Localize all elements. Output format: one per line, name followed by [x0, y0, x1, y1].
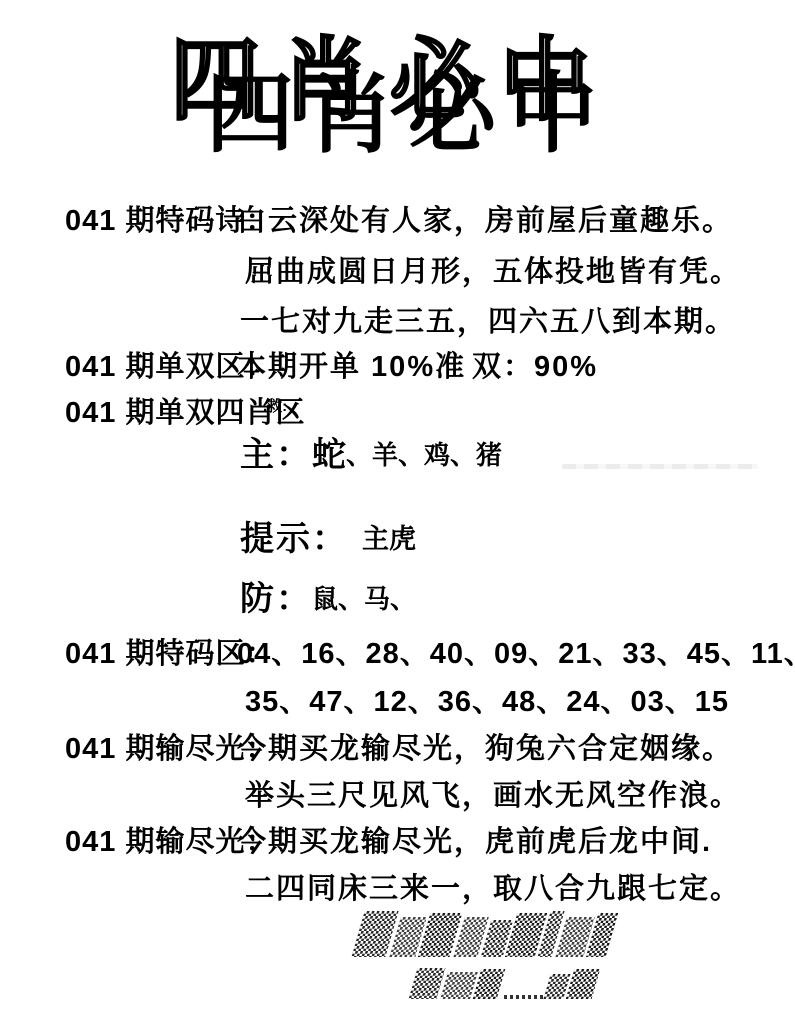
redaction-blob [440, 972, 478, 999]
tiny-annotation: .救: [263, 398, 287, 416]
poem-text-2: 屈曲成圆日月形，五体投地皆有凭。 [245, 255, 741, 290]
redaction-blob [473, 969, 506, 999]
poem-text-1: 白云深处有人家，房前屋后童趣乐。 [237, 204, 733, 239]
poem-line-3: 一七对九走三五，四六五八到本期。 [0, 305, 795, 345]
hint-label: 提示： [240, 520, 348, 558]
redaction-blob [409, 968, 446, 999]
odd-even-line: 041 期单双区： 本期开单 10%准 双：90% [0, 350, 795, 390]
special-numbers-line-2: 35、47、12、36、48、24、03、15 [0, 685, 795, 725]
losing-verse-1-text-1: 今期买龙输尽光，狗兔六合定姻缘。 [237, 732, 733, 767]
special-numbers-row-1: 04、16、28、40、09、21、33、45、11、23、 [237, 637, 795, 672]
redaction-blob [566, 969, 601, 999]
redacted-text-block [413, 968, 599, 999]
guard-line: 防：鼠、马、 [240, 581, 416, 618]
even-value: 双：90% [472, 350, 598, 385]
poem-line-2: 屈曲成圆日月形，五体投地皆有凭。 [0, 255, 795, 295]
guard-value: 鼠、马、 [312, 584, 416, 614]
scan-artifact [562, 464, 758, 469]
document-page: 四肖必中 四肖必中 041 期特码诗： 白云深处有人家，房前屋后童趣乐。 屈曲成… [0, 0, 795, 1024]
hint-value: 主虎 [362, 524, 416, 554]
losing-verse-1-line-1: 041 期输尽光： 今期买龙输尽光，狗兔六合定姻缘。 [0, 732, 795, 772]
title-solid-text: 四肖必中 [206, 70, 610, 158]
main-zodiac-line: 主：蛇、羊、鸡、猪 [240, 437, 502, 474]
other-zodiacs: 、羊、鸡、猪 [346, 440, 502, 470]
main-zodiac: 蛇 [312, 436, 346, 474]
hint-line: 提示：主虎 [240, 521, 416, 558]
redaction-dots [504, 995, 544, 999]
poem-text-3: 一七对九走三五，四六五八到本期。 [240, 305, 736, 340]
poem-line-1: 041 期特码诗： 白云深处有人家，房前屋后童趣乐。 [0, 204, 795, 244]
losing-verse-1-text-2: 举头三尺见风飞，画水无风空作浪。 [245, 779, 741, 814]
losing-verse-2-text-1: 今期买龙输尽光，虎前虎后龙中间. [237, 825, 712, 860]
losing-verse-2-line-1: 041 期输尽光： 今期买龙输尽光，虎前虎后龙中间. [0, 825, 795, 865]
special-numbers-row-2: 35、47、12、36、48、24、03、15 [245, 685, 729, 720]
redacted-text-block [358, 911, 615, 957]
main-label: 主： [240, 436, 312, 474]
losing-verse-2-text-2: 二四同床三来一，取八合九跟七定。 [245, 872, 741, 907]
guard-label: 防： [240, 580, 312, 618]
losing-verse-2-line-2: 二四同床三来一，取八合九跟七定。 [0, 872, 795, 912]
odd-value: 本期开单 10%准 [237, 350, 466, 385]
losing-verse-1-line-2: 举头三尺见风飞，画水无风空作浪。 [0, 779, 795, 819]
special-numbers-line-1: 041 期特码区： 04、16、28、40、09、21、33、45、11、23、 [0, 637, 795, 677]
four-zodiac-zone-line: 041 期单双四肖区 .救: [0, 396, 795, 436]
